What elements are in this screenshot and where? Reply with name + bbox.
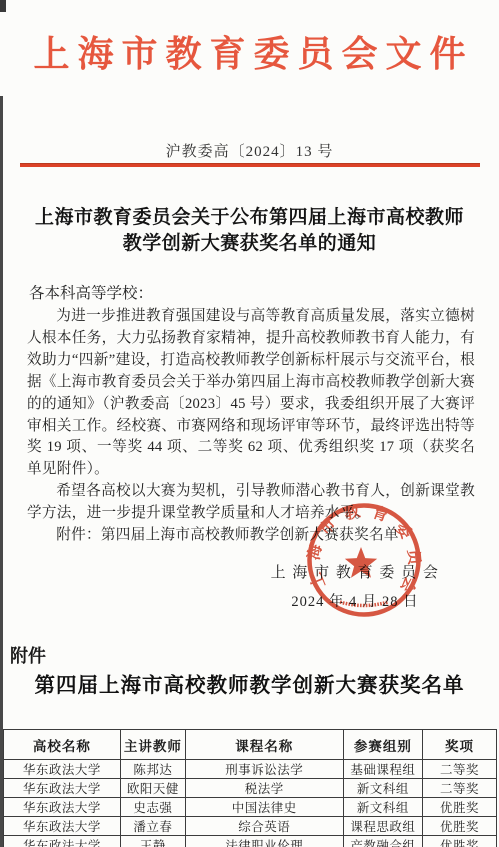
cell-award: 优胜奖 — [423, 817, 497, 836]
issue-date: 2024 年 4 月 28 日 — [260, 590, 450, 611]
header-teacher: 主讲教师 — [120, 730, 185, 760]
cell-group: 课程思政组 — [343, 817, 422, 836]
header-award: 奖项 — [423, 730, 497, 760]
cell-teacher: 史志强 — [120, 798, 185, 817]
cell-course: 法律职业伦理 — [185, 836, 343, 847]
letterhead-title: 上海市教育委员会文件 — [0, 26, 499, 77]
letterhead-rule — [20, 163, 480, 167]
document-number: 沪教委高〔2024〕13 号 — [0, 140, 499, 161]
attachment-title: 第四届上海市高校教师教学创新大赛获奖名单 — [0, 668, 499, 698]
notice-body: 为进一步推进教育强国建设与高等教育高质量发展，落实立德树人根本任务，大力弘扬教育… — [27, 306, 475, 547]
cell-school: 华东政法大学 — [4, 779, 121, 798]
cell-school: 华东政法大学 — [4, 817, 121, 836]
cell-award: 二等奖 — [423, 760, 497, 779]
cell-group: 新文科组 — [343, 798, 422, 817]
cell-teacher: 王静 — [120, 836, 185, 847]
cell-teacher: 潘立春 — [120, 817, 185, 836]
table-row: 华东政法大学 史志强 中国法律史 新文科组 优胜奖 — [4, 798, 497, 817]
cell-award: 优胜奖 — [423, 798, 497, 817]
cell-course: 中国法律史 — [185, 798, 343, 817]
header-school: 高校名称 — [4, 730, 121, 760]
table-row: 华东政法大学 陈邦达 刑事诉讼法学 基础课程组 二等奖 — [4, 760, 497, 779]
cell-course: 刑事诉讼法学 — [185, 760, 343, 779]
cell-school: 华东政法大学 — [4, 798, 121, 817]
attachment-reference: 附件：第四届上海市高校教师教学创新大赛获奖名单 — [27, 525, 475, 547]
cell-group: 基础课程组 — [343, 760, 422, 779]
notice-title-line2: 教学创新大赛获奖名单的通知 — [20, 231, 479, 257]
cell-group: 产教融合组 — [343, 836, 422, 847]
header-course: 课程名称 — [185, 730, 343, 760]
scan-corner-artifact — [0, 0, 6, 12]
cell-award: 优胜奖 — [423, 836, 497, 847]
scanned-official-document: 上海市教育委员会文件 沪教委高〔2024〕13 号 上海市教育委员会关于公布第四… — [0, 0, 499, 847]
cell-teacher: 陈邦达 — [120, 760, 185, 779]
cell-group: 新文科组 — [343, 779, 422, 798]
body-paragraph-1: 为进一步推进教育强国建设与高等教育高质量发展，落实立德树人根本任务，大力弘扬教育… — [27, 306, 475, 481]
body-paragraph-2: 希望各高校以大赛为契机，引导教师潜心教书育人，创新课堂教学方法，进一步提升课堂教… — [27, 481, 475, 525]
notice-title: 上海市教育委员会关于公布第四届上海市高校教师 教学创新大赛获奖名单的通知 — [20, 205, 479, 257]
award-table: 高校名称 主讲教师 课程名称 参赛组别 奖项 华东政法大学 陈邦达 刑事诉讼法学… — [3, 729, 497, 847]
table-row: 华东政法大学 潘立春 综合英语 课程思政组 优胜奖 — [4, 817, 497, 836]
cell-course: 综合英语 — [185, 817, 343, 836]
table-row: 华东政法大学 王静 法律职业伦理 产教融合组 优胜奖 — [4, 836, 497, 847]
notice-title-line1: 上海市教育委员会关于公布第四届上海市高校教师 — [20, 205, 479, 231]
cell-school: 华东政法大学 — [4, 760, 121, 779]
signature-block: 上 海 市 教 育 委 员 会 2024 年 4 月 28 日 — [260, 561, 450, 611]
cell-course: 税法学 — [185, 779, 343, 798]
issuing-authority: 上 海 市 教 育 委 员 会 — [260, 561, 450, 582]
attachment-label: 附件 — [10, 642, 46, 668]
cell-school: 华东政法大学 — [4, 836, 121, 847]
table-header-row: 高校名称 主讲教师 课程名称 参赛组别 奖项 — [4, 730, 497, 760]
table-row: 华东政法大学 欧阳天健 税法学 新文科组 二等奖 — [4, 779, 497, 798]
salutation: 各本科高等学校： — [29, 281, 153, 303]
header-group: 参赛组别 — [343, 730, 422, 760]
cell-award: 二等奖 — [423, 779, 497, 798]
cell-teacher: 欧阳天健 — [120, 779, 185, 798]
